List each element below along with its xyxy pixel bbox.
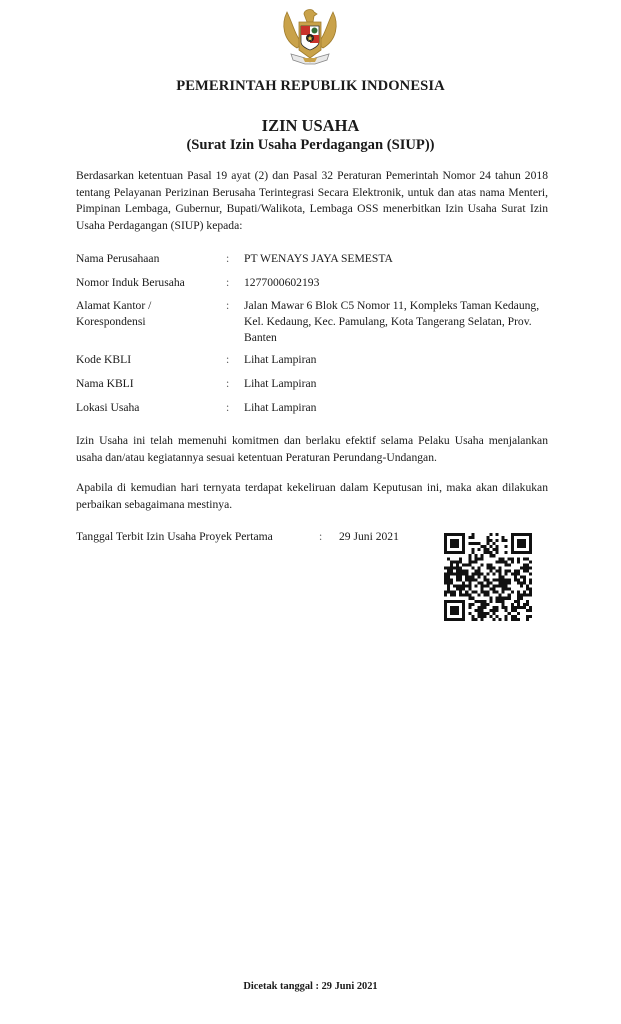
field-separator: : xyxy=(226,376,244,392)
field-label: Nama KBLI xyxy=(76,376,226,392)
field-separator: : xyxy=(226,352,244,368)
field-value: PT WENAYS JAYA SEMESTA xyxy=(244,251,544,267)
field-value: Jalan Mawar 6 Blok C5 Nomor 11, Kompleks… xyxy=(244,298,544,346)
field-value: 1277000602193 xyxy=(244,275,544,291)
validity-paragraph: Izin Usaha ini telah memenuhi komitmen d… xyxy=(76,433,548,466)
issue-date-value: 29 Juni 2021 xyxy=(339,530,399,543)
field-label: Lokasi Usaha xyxy=(76,400,226,416)
field-label: Alamat Kantor / Korespondensi xyxy=(76,298,196,346)
issue-date-separator: : xyxy=(319,530,339,543)
field-label: Kode KBLI xyxy=(76,352,226,368)
document-title: IZIN USAHA xyxy=(0,116,621,136)
field-value: Lihat Lampiran xyxy=(244,376,544,392)
document-subtitle: (Surat Izin Usaha Perdagangan (SIUP)) xyxy=(0,137,621,154)
field-separator: : xyxy=(226,251,244,267)
qr-code-icon xyxy=(444,533,532,621)
field-value: Lihat Lampiran xyxy=(244,352,544,368)
field-business-location: Lokasi Usaha : Lihat Lampiran xyxy=(76,400,548,416)
garuda-emblem-icon xyxy=(277,4,343,68)
field-office-address: Alamat Kantor / Korespondensi : Jalan Ma… xyxy=(76,298,548,346)
issue-date-label: Tanggal Terbit Izin Usaha Proyek Pertama xyxy=(76,530,319,543)
field-separator: : xyxy=(226,400,244,416)
field-kbli-code: Kode KBLI : Lihat Lampiran xyxy=(76,352,548,368)
field-separator: : xyxy=(226,298,244,346)
field-label: Nama Perusahaan xyxy=(76,251,226,267)
field-kbli-name: Nama KBLI : Lihat Lampiran xyxy=(76,376,548,392)
field-business-id: Nomor Induk Berusaha : 1277000602193 xyxy=(76,275,548,291)
field-value: Lihat Lampiran xyxy=(244,400,544,416)
printed-date: Dicetak tanggal : 29 Juni 2021 xyxy=(0,981,621,992)
field-separator: : xyxy=(226,275,244,291)
intro-paragraph: Berdasarkan ketentuan Pasal 19 ayat (2) … xyxy=(76,168,548,234)
correction-paragraph: Apabila di kemudian hari ternyata terdap… xyxy=(76,480,548,513)
issue-date-row: Tanggal Terbit Izin Usaha Proyek Pertama… xyxy=(76,530,399,543)
field-company-name: Nama Perusahaan : PT WENAYS JAYA SEMESTA xyxy=(76,251,548,267)
government-title: PEMERINTAH REPUBLIK INDONESIA xyxy=(0,78,621,95)
field-label: Nomor Induk Berusaha xyxy=(76,275,226,291)
